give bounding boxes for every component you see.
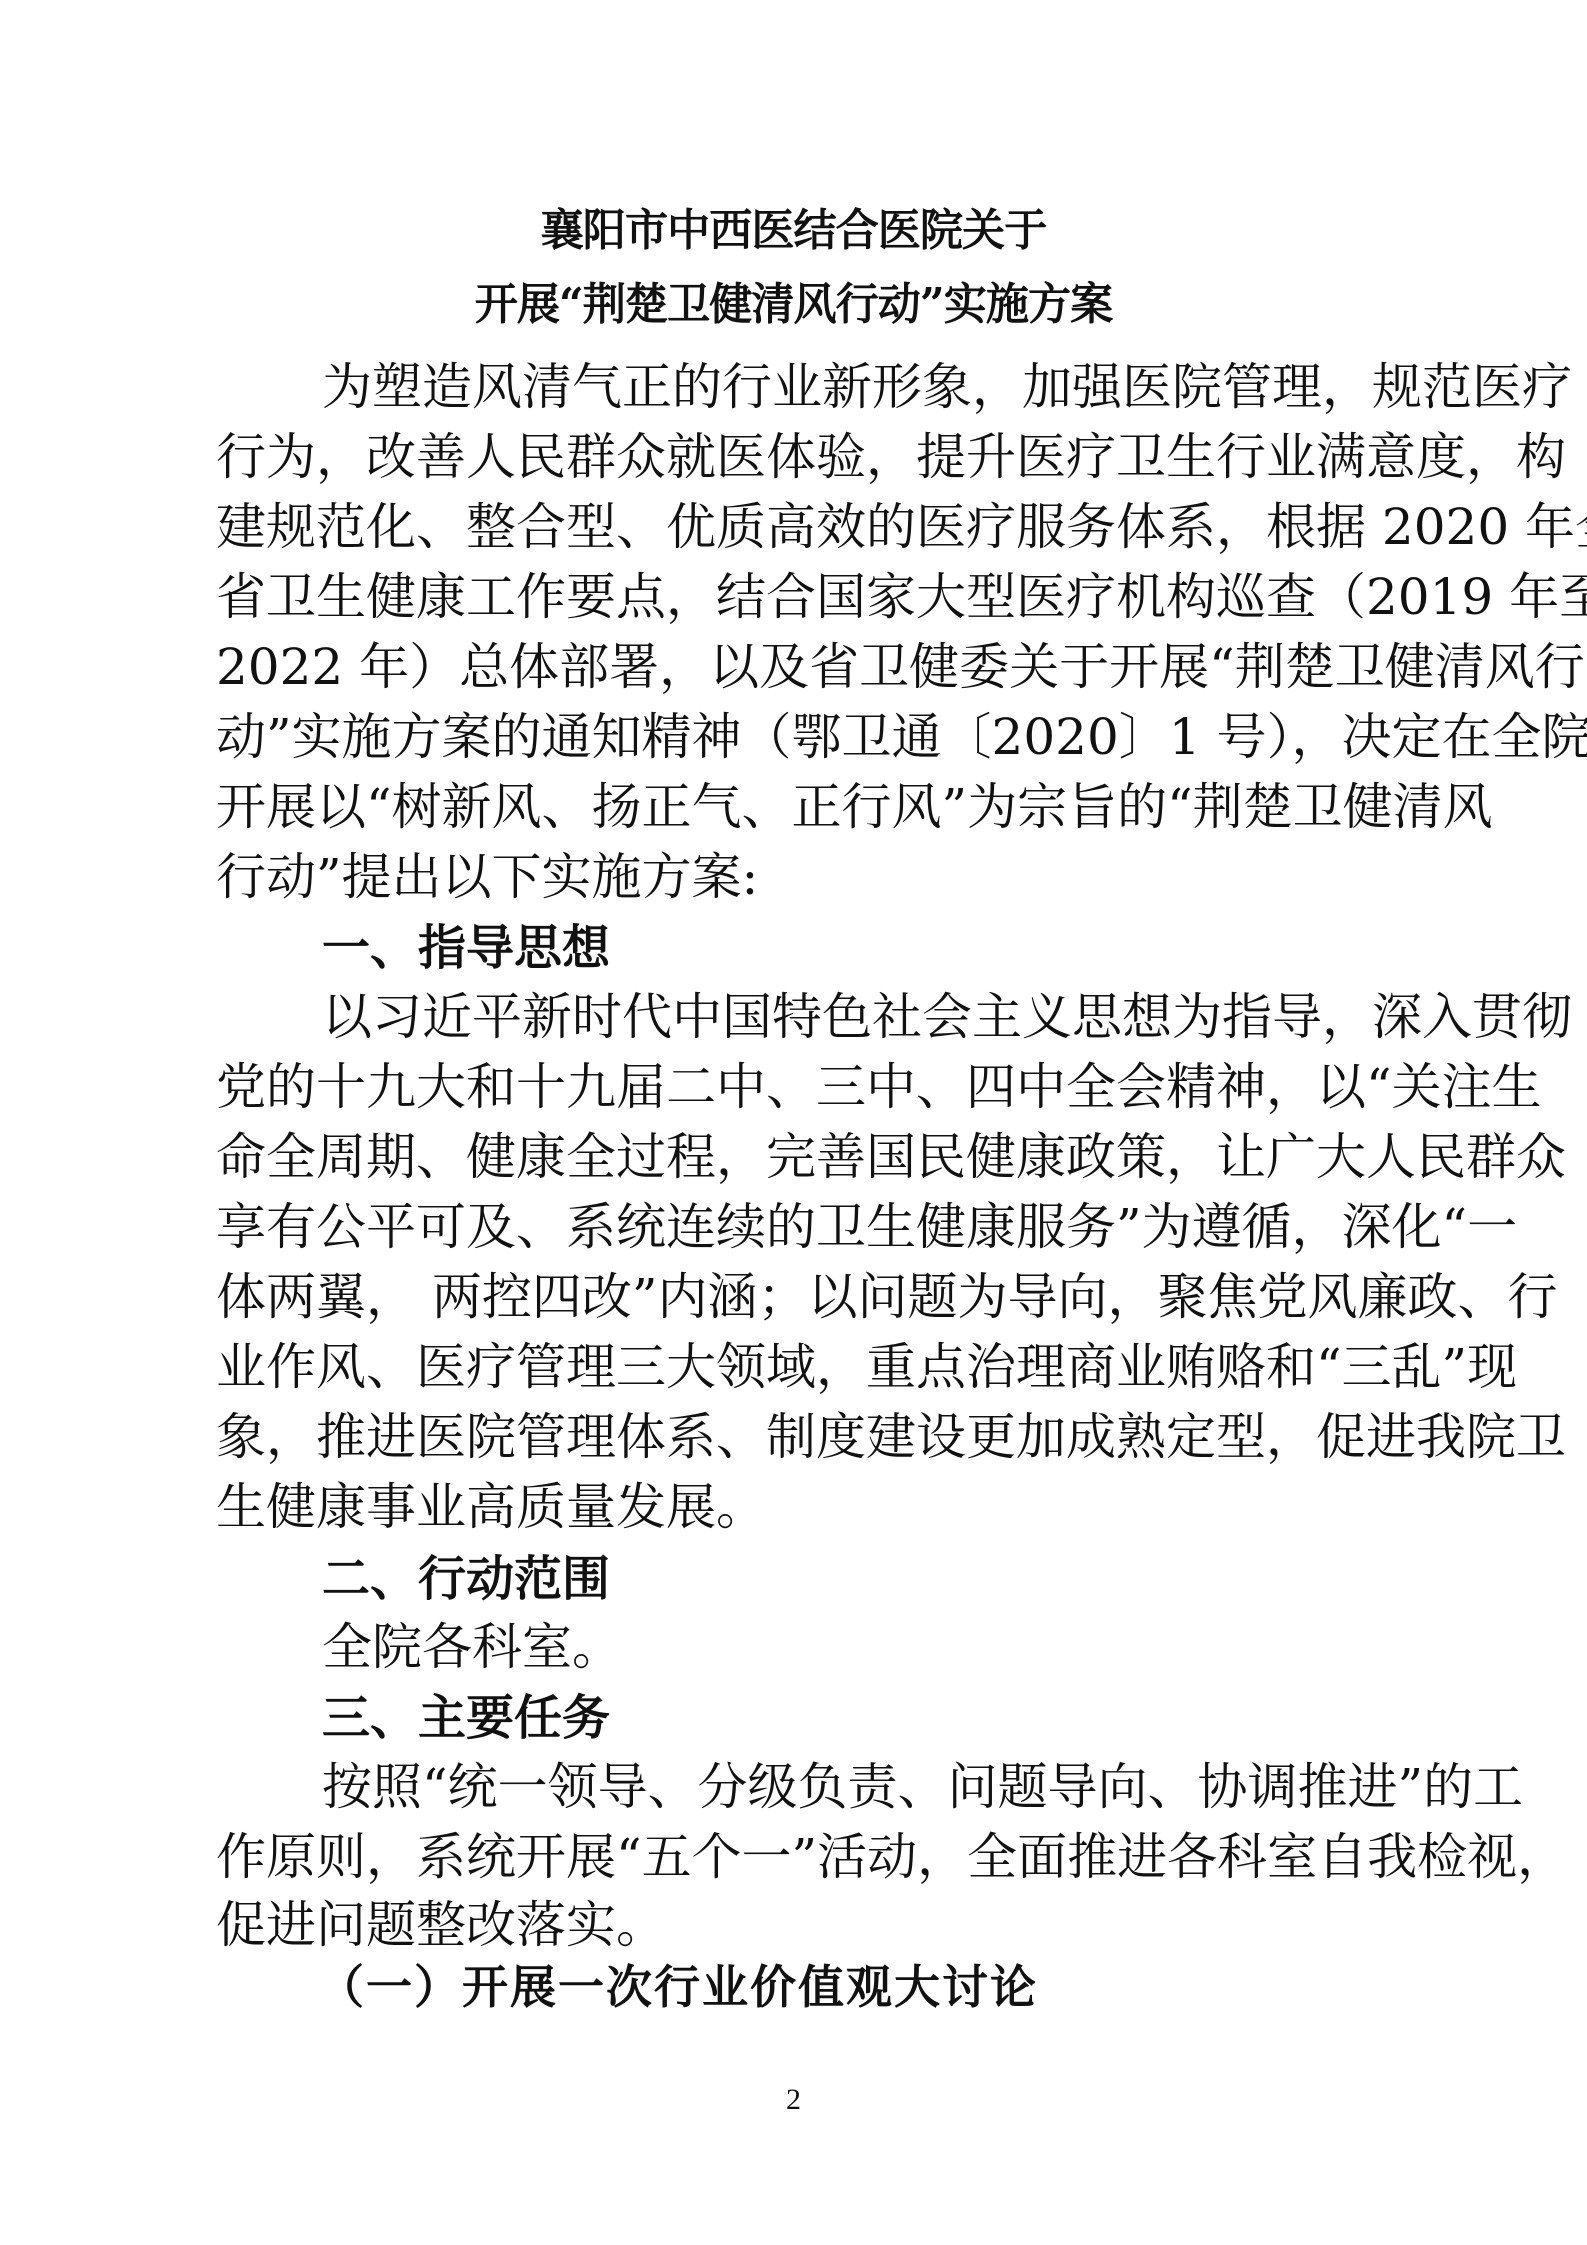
intro-line: 建规范化、整合型、优质高效的医疗服务体系，根据 2020 年全 bbox=[216, 502, 1386, 552]
section1-line: 党的十九大和十九届二中、三中、四中全会精神，以“关注生 bbox=[216, 1062, 1386, 1112]
intro-line: 2022 年）总体部署，以及省卫健委关于开展“荆楚卫健清风行 bbox=[216, 642, 1386, 692]
document-title-line-2: 开展“荆楚卫健清风行动”实施方案 bbox=[16, 283, 1571, 327]
intro-line: 动”实施方案的通知精神（鄂卫通〔2020〕1 号），决定在全院 bbox=[216, 712, 1386, 762]
intro-line: 省卫生健康工作要点，结合国家大型医疗机构巡查（2019 年至 bbox=[216, 572, 1386, 622]
section1-line: 命全周期、健康全过程，完善国民健康政策，让广大人民群众 bbox=[216, 1132, 1386, 1182]
intro-line: 行动”提出以下实施方案: bbox=[216, 852, 1386, 902]
section-heading-action-scope: 二、行动范围 bbox=[322, 1555, 610, 1603]
subsection-heading-values-discussion: （一）开展一次行业价值观大讨论 bbox=[318, 1964, 1038, 2010]
section3-line: 促进问题整改落实。 bbox=[216, 1900, 1386, 1950]
intro-line: 开展以“树新风、扬正气、正行风”为宗旨的“荆楚卫健清风 bbox=[216, 782, 1386, 832]
section-heading-main-tasks: 三、主要任务 bbox=[322, 1694, 610, 1742]
section1-line: 象，推进医院管理体系、制度建设更加成熟定型，促进我院卫 bbox=[216, 1412, 1386, 1462]
document-page: 襄阳市中西医结合医院关于 开展“荆楚卫健清风行动”实施方案 为塑造风清气正的行业… bbox=[0, 0, 1587, 2245]
intro-line: 为塑造风清气正的行业新形象，加强医院管理，规范医疗 bbox=[322, 362, 1386, 412]
section3-line: 作原则，系统开展“五个一”活动，全面推进各科室自我检视， bbox=[216, 1832, 1386, 1882]
section1-line: 享有公平可及、系统连续的卫生健康服务”为遵循，深化“一 bbox=[216, 1202, 1386, 1252]
section3-line: 按照“统一领导、分级负责、问题导向、协调推进”的工 bbox=[322, 1762, 1386, 1812]
section1-line: 以习近平新时代中国特色社会主义思想为指导，深入贯彻 bbox=[322, 992, 1386, 1042]
section2-line: 全院各科室。 bbox=[322, 1622, 1386, 1672]
section1-line: 业作风、医疗管理三大领域，重点治理商业贿赂和“三乱”现 bbox=[216, 1342, 1386, 1392]
section-heading-guiding-ideology: 一、指导思想 bbox=[322, 924, 610, 972]
section1-line: 生健康事业高质量发展。 bbox=[216, 1482, 1386, 1532]
section1-line: 体两翼， 两控四改”内涵；以问题为导向，聚焦党风廉政、行 bbox=[216, 1272, 1386, 1322]
page-number: 2 bbox=[0, 2085, 1587, 2115]
document-title-line-1: 襄阳市中西医结合医院关于 bbox=[16, 209, 1571, 253]
intro-line: 行为，改善人民群众就医体验，提升医疗卫生行业满意度，构 bbox=[216, 432, 1386, 482]
